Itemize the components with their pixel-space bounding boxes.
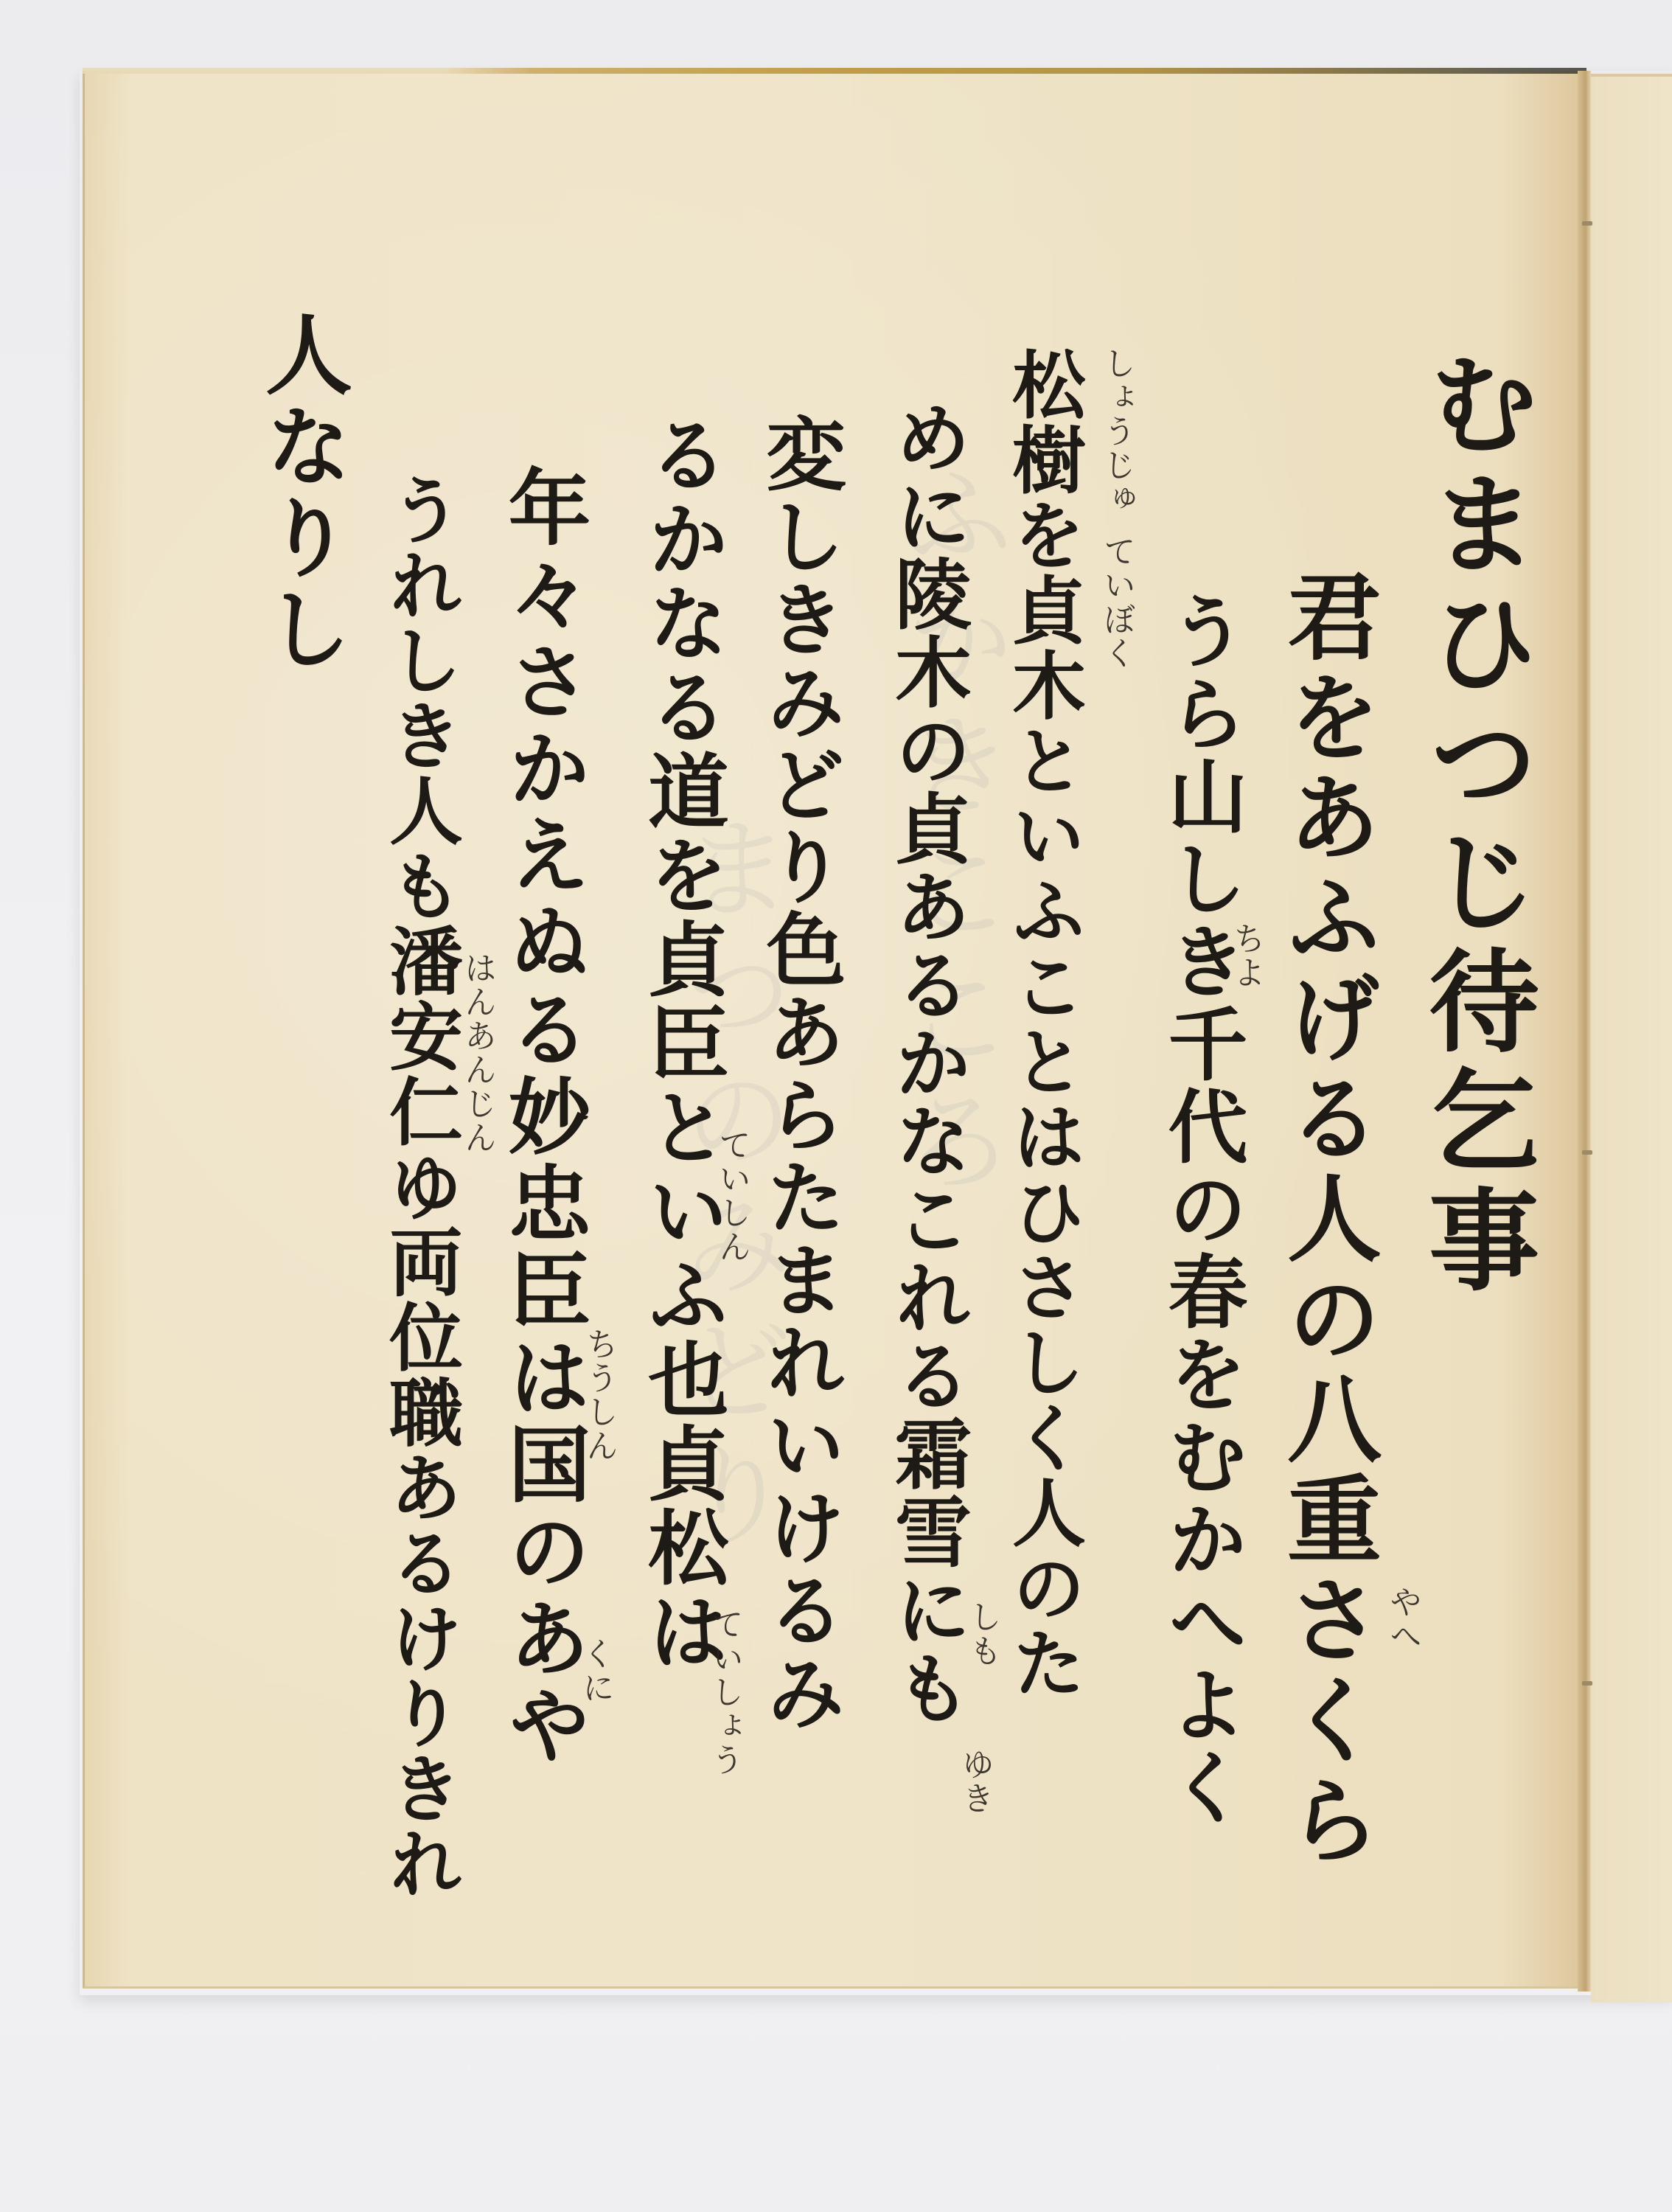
text-column-6: 変しきみどり色あらたまれいけるみ	[759, 413, 839, 1734]
text-column-4: 松樹を貞木といふことはひさしく人のた	[1006, 347, 1080, 1700]
page-top-gilt-edge	[83, 68, 1586, 74]
furigana-shimo: しも	[966, 1600, 998, 1668]
furigana-kuni: くに	[579, 1637, 611, 1705]
text-column-5: めに陵木の貞あるかなこれる霜雪にも	[888, 398, 965, 1727]
text-column-7: るかなる道を貞臣といふ也貞松は	[641, 413, 722, 1674]
furigana-teisho: ていしょう	[708, 1607, 740, 1777]
furigana-chiyo: ちよ	[1230, 922, 1262, 990]
furigana-hanannjin: はんあんじん	[461, 951, 493, 1155]
furigana-teiboku: ていぼく	[1100, 535, 1132, 670]
binding-thread-notch	[1582, 221, 1592, 226]
furigana-teishin: ていしん	[715, 1128, 748, 1264]
text-column-8: 年々さかえぬる妙忠臣は国のあや	[501, 465, 584, 1770]
furigana-yuki: ゆき	[958, 1747, 991, 1815]
text-column-10: 人なりし	[258, 310, 345, 675]
furigana-shoju: しょうじゅ	[1100, 347, 1132, 516]
binding-gutter	[1578, 71, 1591, 1992]
title-column: むまひつじ待乞事	[1419, 347, 1530, 1302]
furigana-yahe: やへ	[1386, 1585, 1418, 1653]
facing-page-edge	[1591, 74, 1672, 2003]
text-column-2: 君をあふげる人の八重さくら	[1279, 568, 1373, 1871]
text-column-3: うら山しき千代の春をむかへよく	[1161, 590, 1241, 1829]
binding-thread-notch	[1582, 1681, 1592, 1686]
furigana-chushin: ちうしん	[582, 1327, 615, 1463]
text-column-9: うれしき人も潘安仁ゆ両位職あるけりきれ	[383, 472, 457, 1901]
binding-thread-notch	[1582, 1150, 1592, 1155]
